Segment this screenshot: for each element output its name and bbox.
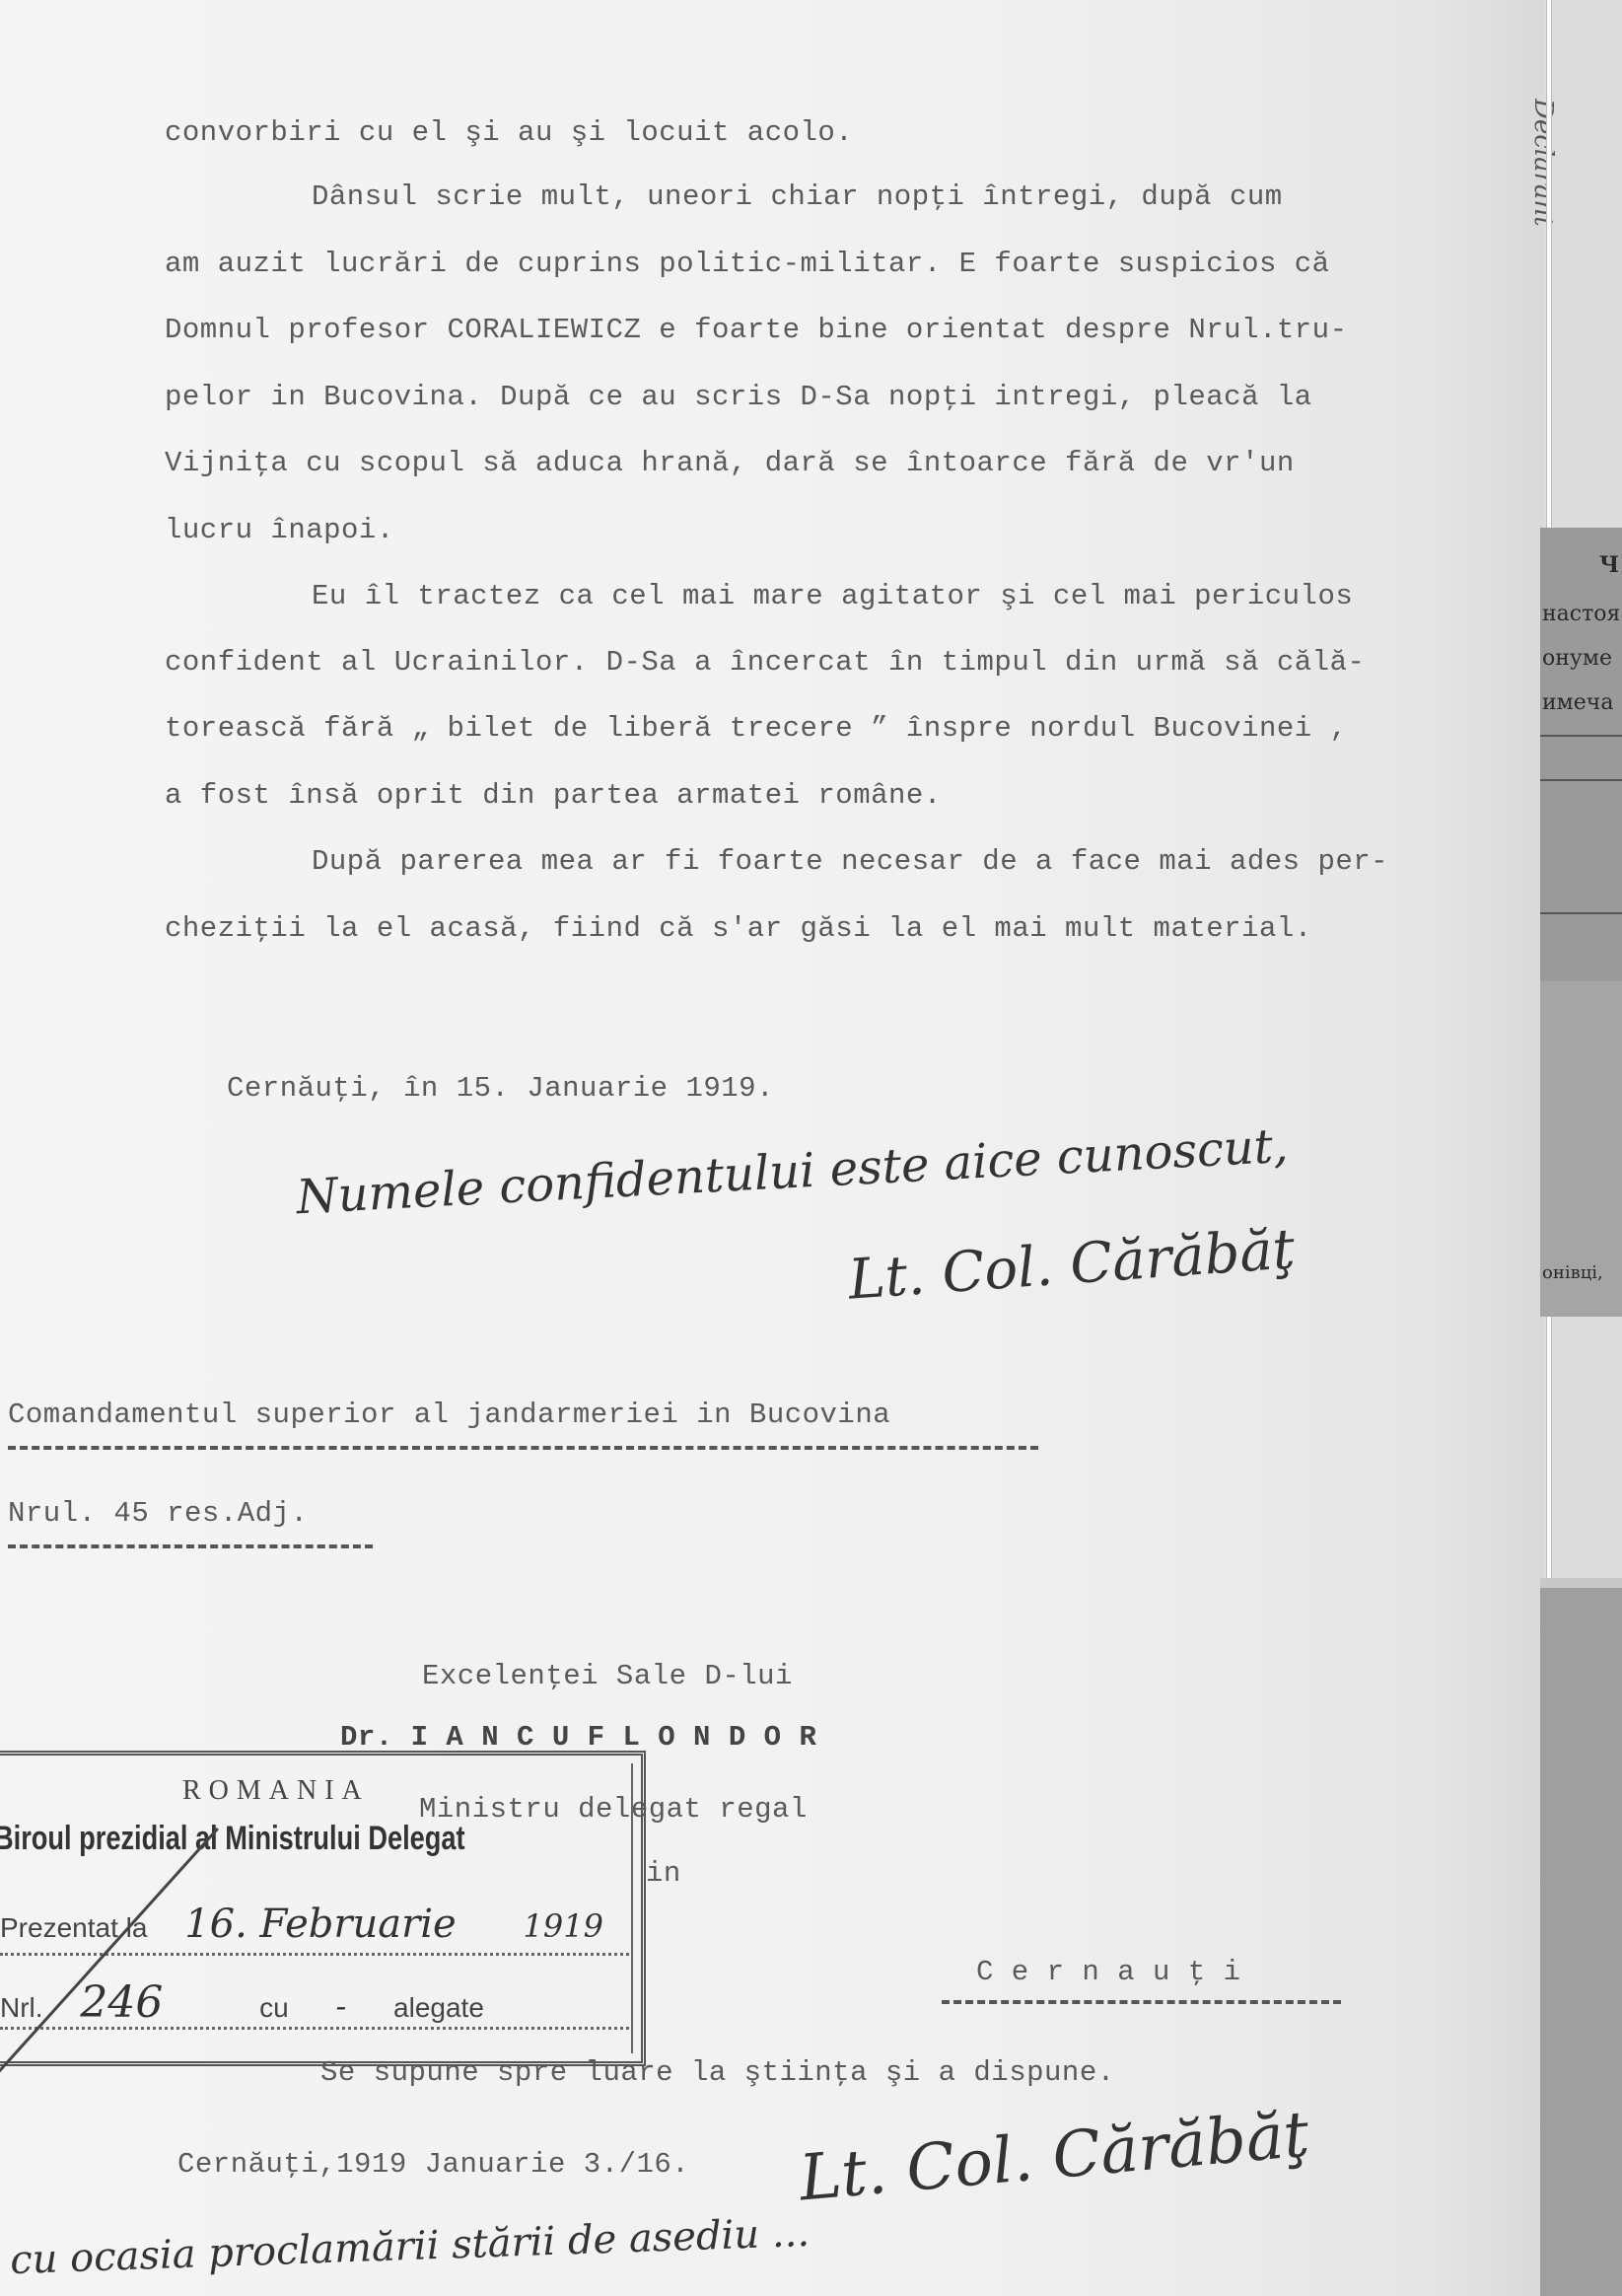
body-line: Eu îl tractez ca cel mai mare agitator ş…: [312, 580, 1353, 612]
document-page: convorbiri cu el şi au şi locuit acolo. …: [0, 0, 1543, 2296]
closing-date: Cernăuţi,1919 Januarie 3./16.: [177, 2148, 689, 2181]
date-line: Cernăuţi, în 15. Januarie 1919.: [227, 1072, 774, 1105]
body-line: confident al Ucrainilor. D-Sa a încercat…: [165, 646, 1365, 679]
stamp-attachments-label: alegate: [393, 1992, 484, 2023]
body-line: convorbiri cu el şi au şi locuit acolo.: [165, 116, 853, 149]
signature: Lt. Col. Cărăbăţ: [846, 1217, 1297, 1312]
tab-text: онуме: [1542, 646, 1612, 671]
tab-text: настоя: [1542, 602, 1620, 626]
registry-stamp: ROMANIA Biroul prezidial al Ministrului …: [0, 1751, 646, 2066]
body-line: am auzit lucrări de cuprins politic-mili…: [165, 248, 1330, 280]
tab-text: имеча: [1542, 690, 1613, 715]
body-line: Vijniţa cu scopul să aduca hrană, dară s…: [165, 447, 1295, 479]
reference-number: Nrul. 45 res.Adj.: [8, 1497, 308, 1530]
addressee-preposition: in: [646, 1857, 681, 1890]
body-line: Domnul profesor CORALIEWICZ e foarte bin…: [165, 314, 1348, 346]
stamp-number-row: Nrl. 246 cu - alegate: [0, 1977, 484, 2028]
tab-text: онівці,: [1542, 1262, 1603, 1283]
stamp-with-label: cu: [259, 1992, 289, 2023]
attached-tab: онівці,: [1540, 981, 1622, 1317]
body-line: torească fără „ bilet de liberă trecere …: [165, 712, 1348, 745]
tab-text: Ч: [1599, 552, 1619, 578]
body-line: cheziţii la el acasă, fiind că s'ar găsi…: [165, 912, 1312, 945]
body-line: a fost însă oprit din partea armatei rom…: [165, 779, 942, 812]
stamp-dotted-line: [0, 1953, 629, 1956]
attached-tab: [1540, 1588, 1622, 2296]
addressee-name: Dr. I A N C U F L O N D O R: [340, 1721, 816, 1754]
reference-underline: [8, 1544, 373, 1548]
stamp-presented-year: 1919: [523, 1907, 602, 1945]
addressee-city: C e r n a u ţ i: [976, 1956, 1241, 1988]
signature: Lt. Col. Cărăbăţ: [797, 2099, 1312, 2216]
bottom-handwriting: cu ocasia proclamării stării de asediu .…: [9, 2210, 810, 2283]
stamp-with-value: -: [335, 1987, 346, 2025]
body-line: pelor in Bucovina. După ce au scris D-Sa…: [165, 381, 1312, 413]
stamp-office: Biroul prezidial al Ministrului Delegat: [0, 1820, 465, 1858]
stamp-presented-row: Prezentat la 16. Februarie 1919: [0, 1901, 603, 1947]
stamp-number-label: Nrl.: [0, 1992, 43, 2023]
tab-rule: [1540, 912, 1622, 914]
body-line: După parerea mea ar fi foarte necesar de…: [312, 845, 1388, 878]
city-underline: [942, 2000, 1341, 2004]
body-line: lucru înapoi.: [165, 514, 394, 546]
tab-rule: [1540, 735, 1622, 737]
attached-tab: Ч настоя онуме имеча: [1540, 528, 1622, 981]
stamp-dotted-line: [0, 2027, 629, 2030]
unit-header: Comandamentul superior al jandarmeriei i…: [8, 1399, 890, 1431]
tab-rule: [1540, 779, 1622, 781]
margin-note: Declarant: [1528, 99, 1558, 227]
header-underline: [8, 1446, 1038, 1450]
stamp-presented-date: 16. Februarie: [184, 1901, 457, 1947]
body-line: Dânsul scrie mult, uneori chiar nopţi în…: [312, 180, 1283, 213]
stamp-country: ROMANIA: [182, 1775, 370, 1807]
stamp-number-value: 246: [80, 1977, 163, 2028]
addressee-salutation: Excelenţei Sale D-lui: [422, 1660, 793, 1692]
handwritten-note: Numele confidentului este aice cunoscut,: [295, 1118, 1289, 1226]
